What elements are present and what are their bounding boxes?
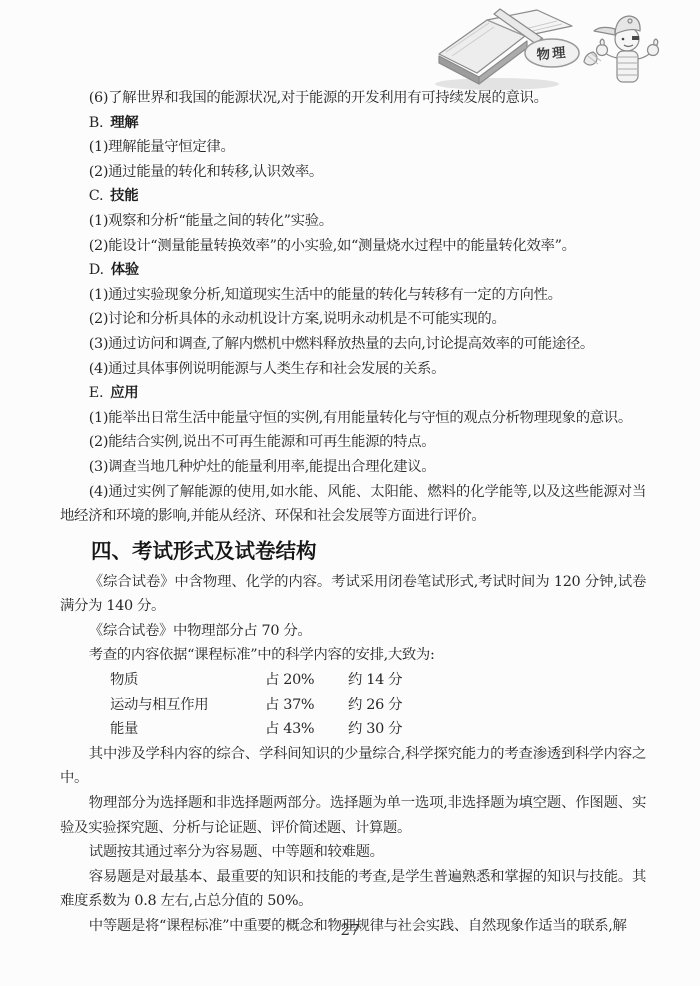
paragraph: 物理部分为选择题和非选择题两部分。选择题为单一选项,非选择题为填空题、作图题、实… — [60, 791, 646, 840]
level-letter: E. — [89, 385, 103, 401]
list-item: (3)通过访问和调查,了解内燃机中燃料释放热量的去向,讨论提高效率的可能途径。 — [60, 332, 646, 357]
score-table-cell: 占 20% — [265, 668, 348, 693]
list-item: (1)观察和分析“能量之间的转化”实验。 — [60, 209, 646, 234]
list-item: (1)理解能量守恒定律。 — [60, 135, 646, 160]
score-table-cell: 能量 — [110, 717, 265, 742]
level-letter: C. — [89, 188, 103, 204]
list-item: (6)了解世界和我国的能源状况,对于能源的开发利用有可持续发展的意识。 — [60, 86, 646, 111]
paragraph: 容易题是对最基本、最重要的知识和技能的考查,是学生普遍熟悉和掌握的知识与技能。其… — [60, 865, 646, 914]
list-item: (2)通过能量的转化和转移,认识效率。 — [60, 160, 646, 185]
paragraph: 《综合试卷》中物理部分占 70 分。 — [60, 619, 646, 644]
list-item: (2)能设计“测量能量转换效率”的小实验,如“测量烧水过程中的能量转化效率”。 — [60, 234, 646, 259]
list-item: (1)通过实验现象分析,知道现实生活中的能量的转化与转移有一定的方向性。 — [60, 283, 646, 308]
score-table-row: 能量占 43%约 30 分 — [110, 717, 646, 742]
list-item: (3)调查当地几种炉灶的能量利用率,能提出合理化建议。 — [60, 455, 646, 480]
student-mascot-icon — [584, 16, 659, 82]
level-label: D.体验 — [60, 258, 646, 283]
level-letter: B. — [89, 115, 103, 131]
physics-badge: 物理 — [525, 39, 579, 67]
paragraph: 其中涉及学科内容的综合、学科间知识的少量综合,科学探究能力的考查渗透到科学内容之… — [60, 742, 646, 791]
level-term: 应用 — [110, 385, 138, 401]
score-table-cell: 占 37% — [265, 693, 348, 718]
list-item: (2)讨论和分析具体的永动机设计方案,说明永动机是不可能实现的。 — [60, 307, 646, 332]
score-table-row: 运动与相互作用占 37%约 26 分 — [110, 693, 646, 718]
page-number: 27 — [0, 921, 700, 939]
paragraph: (4)通过实例了解能源的使用,如水能、风能、太阳能、燃料的化学能等,以及这些能源… — [60, 480, 646, 529]
document-page: 物理 (6 — [0, 0, 700, 986]
level-term: 体验 — [111, 262, 139, 278]
header-art-svg: 物理 — [425, 0, 687, 96]
level-label: C.技能 — [60, 184, 646, 209]
score-table-cell: 物质 — [110, 668, 265, 693]
score-table-cell: 约 30 分 — [348, 717, 402, 742]
level-letter: D. — [89, 262, 104, 278]
score-table-cell: 占 43% — [265, 717, 348, 742]
level-label: B.理解 — [60, 111, 646, 136]
paragraph: 考查的内容依据“课程标准”中的科学内容的安排,大致为: — [60, 643, 646, 668]
list-item: (4)通过具体事例说明能源与人类生存和社会发展的关系。 — [60, 357, 646, 382]
list-item: (1)能举出日常生活中能量守恒的实例,有用能量转化与守恒的观点分析物理现象的意识… — [60, 406, 646, 431]
section-heading: 四、考试形式及试卷结构 — [60, 538, 646, 565]
header-art: 物理 — [425, 0, 687, 96]
score-table-cell: 运动与相互作用 — [110, 693, 265, 718]
level-term: 理解 — [110, 115, 138, 131]
level-term: 技能 — [110, 188, 138, 204]
paragraph: 《综合试卷》中含物理、化学的内容。考试采用闭卷笔试形式,考试时间为 120 分钟… — [60, 570, 646, 619]
score-table-cell: 约 26 分 — [348, 693, 402, 718]
paragraph: 试题按其通过率分为容易题、中等题和较难题。 — [60, 840, 646, 865]
score-table-row: 物质占 20%约 14 分 — [110, 668, 646, 693]
physics-badge-label: 物理 — [536, 44, 568, 63]
document-content: (6)了解世界和我国的能源状况,对于能源的开发利用有可持续发展的意识。B.理解(… — [60, 86, 646, 939]
level-label: E.应用 — [60, 381, 646, 406]
list-item: (2)能结合实例,说出不可再生能源和可再生能源的特点。 — [60, 430, 646, 455]
score-table-cell: 约 14 分 — [348, 668, 402, 693]
